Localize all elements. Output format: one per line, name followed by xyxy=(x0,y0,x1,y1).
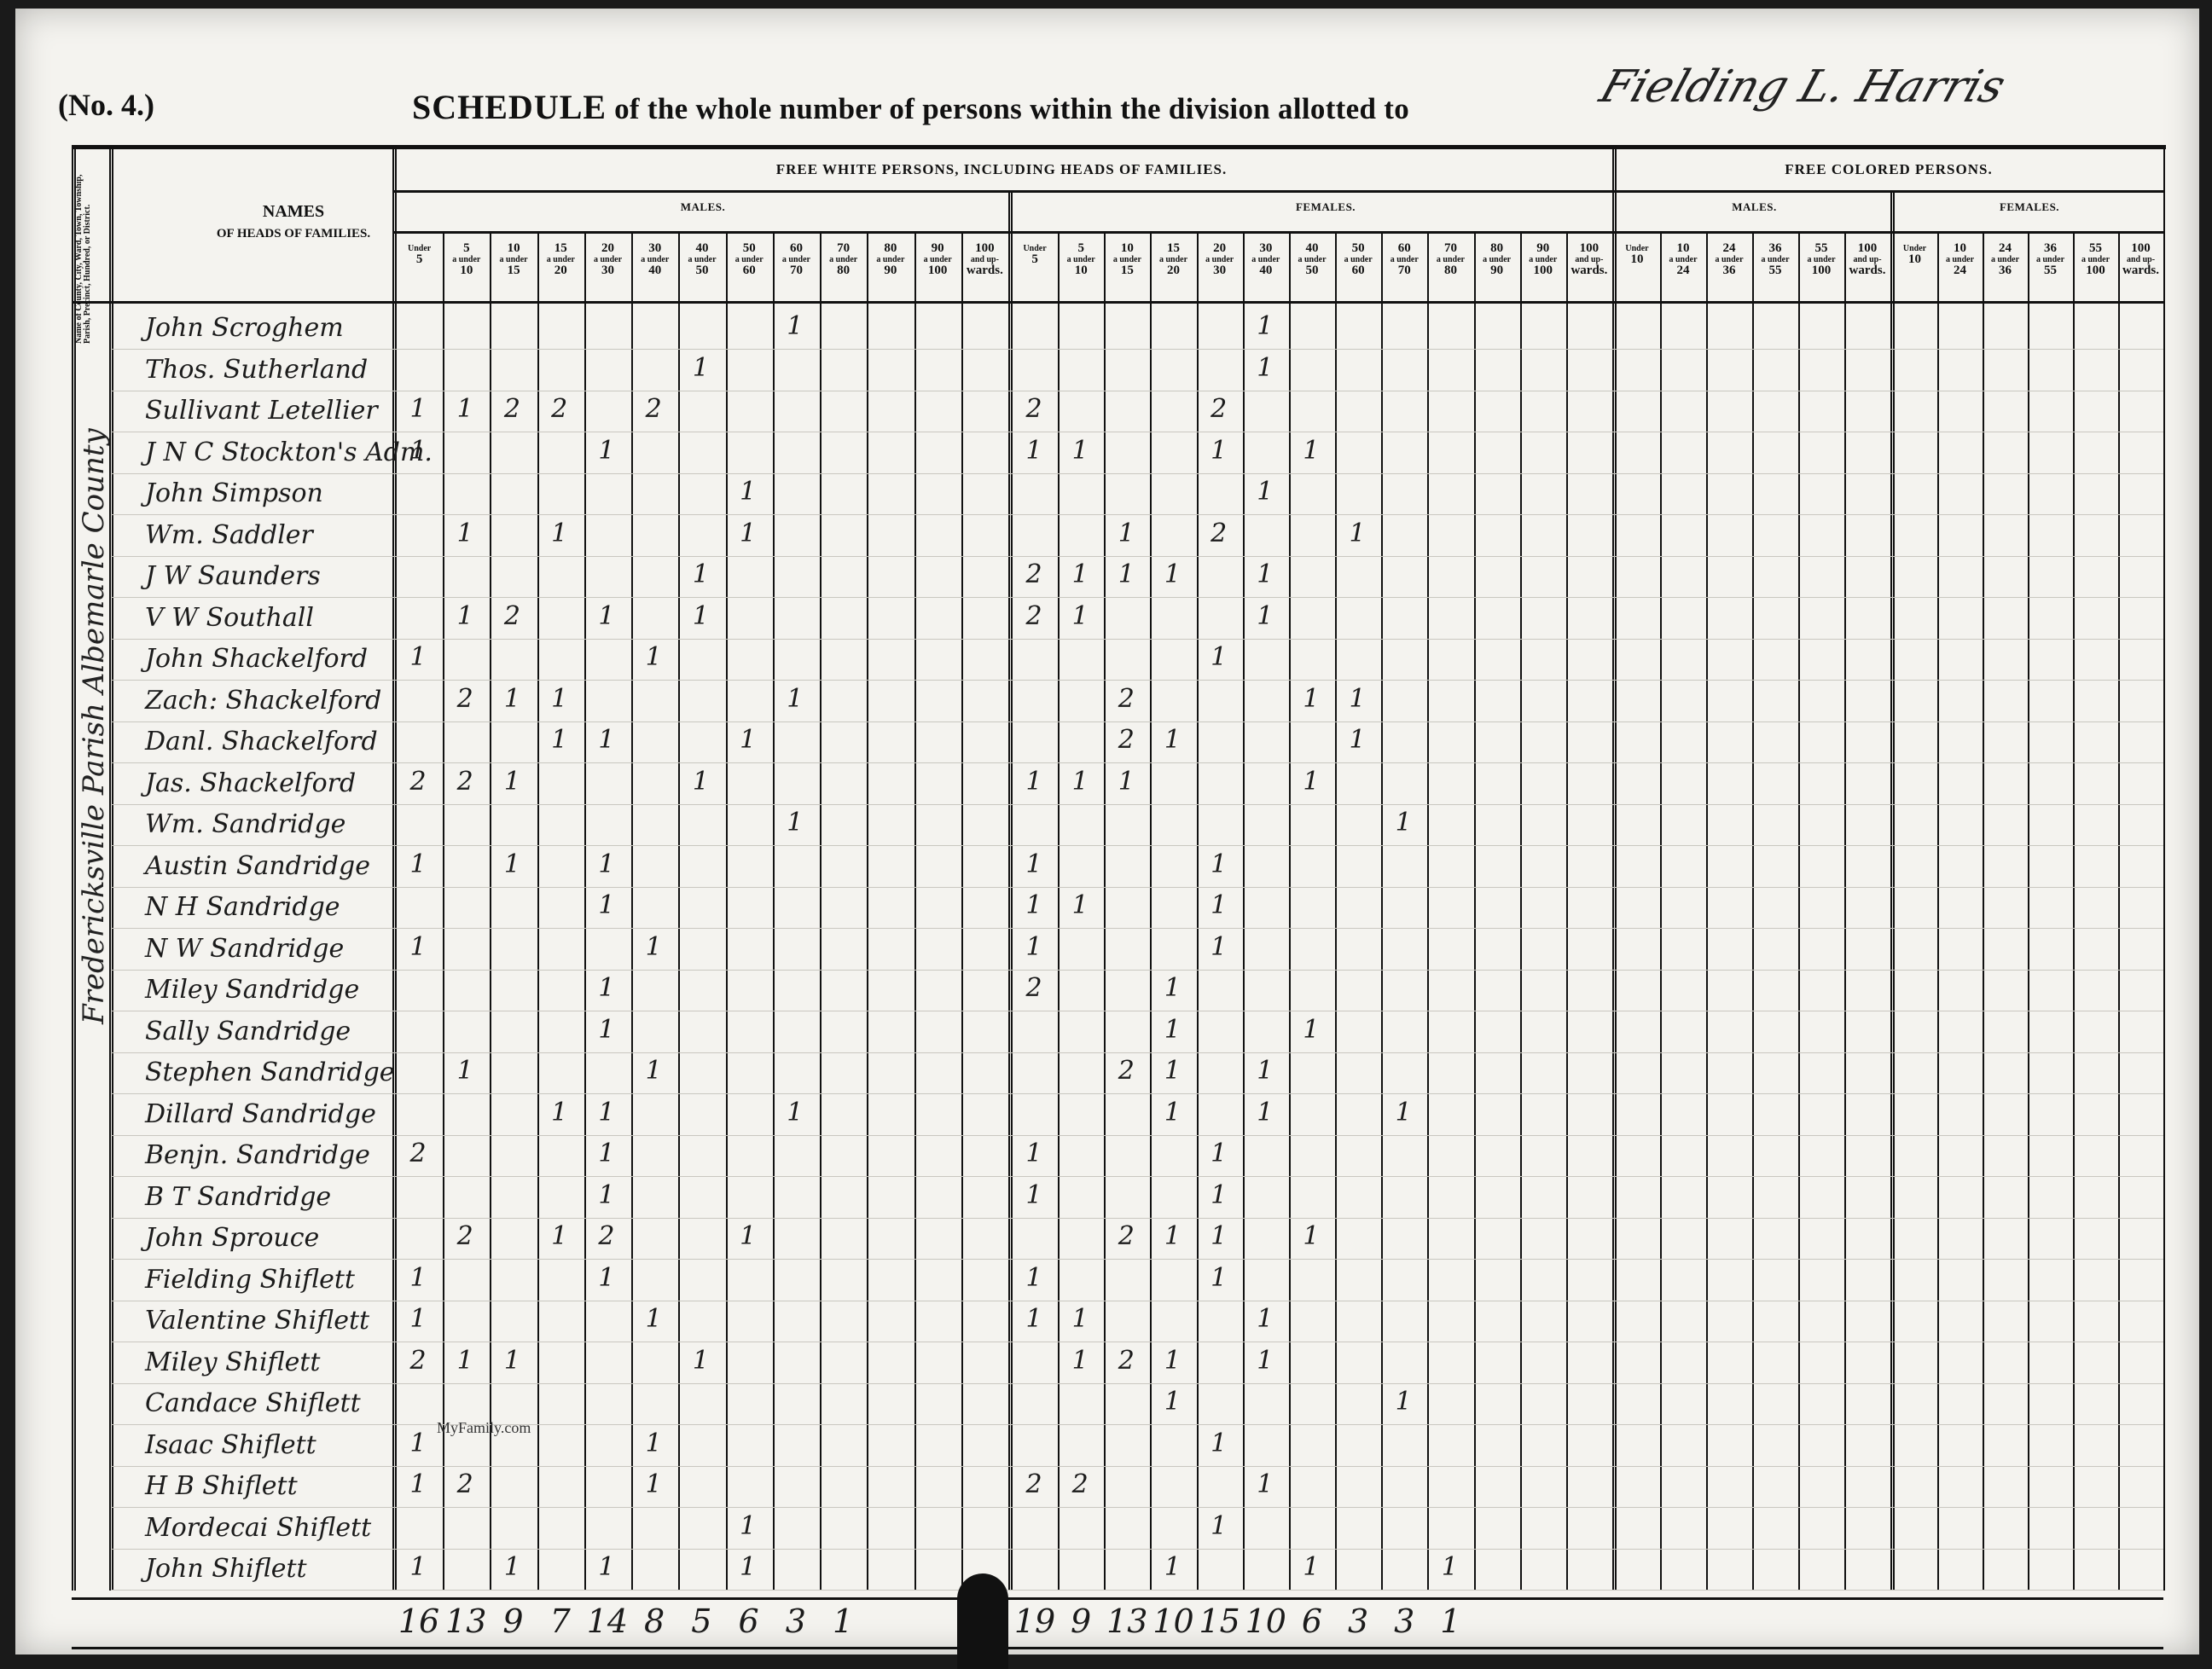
row-rule xyxy=(72,1647,2163,1649)
female-count: 1 xyxy=(1294,1015,1328,1045)
female-count: 1 xyxy=(1155,1221,1189,1251)
male-age-column-12: 100and up-wards. xyxy=(961,243,1008,276)
female-count: 1 xyxy=(1109,767,1143,797)
female-count: 1 xyxy=(1248,1056,1282,1086)
female-count: 1 xyxy=(1294,1221,1328,1251)
female-count: 1 xyxy=(1202,1429,1236,1458)
household-row: John Shiflett1111111 xyxy=(72,1552,2166,1591)
female-count: 1 xyxy=(1248,1346,1282,1376)
female-count: 1 xyxy=(1109,519,1143,548)
male-count: 1 xyxy=(401,642,435,672)
watermark: MyFamily.com xyxy=(437,1419,531,1437)
female-total: 1 xyxy=(1429,1602,1472,1640)
head-of-family-name: Miley Sandridge xyxy=(145,975,452,1005)
head-of-family-name: John Scroghem xyxy=(145,313,452,343)
head-of-family-name: Wm. Sandridge xyxy=(145,809,452,839)
household-row: N W Sandridge1111 xyxy=(72,932,2166,971)
female-age-column-1: 5a under10 xyxy=(1058,243,1104,276)
household-row: B T Sandridge111 xyxy=(72,1180,2166,1220)
female-count: 1 xyxy=(1248,559,1282,589)
household-row: John Scroghem11 xyxy=(72,311,2166,351)
household-row: John Simpson11 xyxy=(72,477,2166,516)
female-count: 1 xyxy=(1063,559,1097,589)
female-count: 2 xyxy=(1017,973,1051,1003)
enumerator-signature: Fielding L. Harris xyxy=(1594,61,2012,113)
male-count: 2 xyxy=(448,1469,482,1499)
colored-females-header: FEMALES. xyxy=(1893,200,2166,214)
male-count: 2 xyxy=(495,601,529,631)
colored-male-age-column-1: 10a under24 xyxy=(1660,243,1706,276)
female-total: 3 xyxy=(1383,1602,1425,1640)
male-count: 1 xyxy=(683,353,717,383)
male-count: 1 xyxy=(543,725,577,755)
male-count: 1 xyxy=(636,1056,671,1086)
male-age-column-11: 90a under100 xyxy=(914,243,961,276)
female-age-column-10: 80a under90 xyxy=(1474,243,1520,276)
male-count: 2 xyxy=(448,1221,482,1251)
male-total: 13 xyxy=(444,1602,487,1640)
female-count: 1 xyxy=(1017,1304,1051,1334)
male-count: 1 xyxy=(543,519,577,548)
colored-female-age-column-5: 100and up-wards. xyxy=(2118,243,2163,276)
male-count: 1 xyxy=(636,932,671,962)
male-count: 1 xyxy=(636,1429,671,1458)
male-count: 1 xyxy=(589,890,624,920)
household-row: Danl. Shackelford111211 xyxy=(72,725,2166,764)
household-row: Sally Sandridge111 xyxy=(72,1015,2166,1054)
male-count: 1 xyxy=(589,725,624,755)
colored-male-age-column-2: 24a under36 xyxy=(1706,243,1752,276)
female-age-column-5: 30a under40 xyxy=(1243,243,1289,276)
head-of-family-name: Danl. Shackelford xyxy=(145,727,452,756)
male-count: 1 xyxy=(401,1429,435,1458)
female-count: 2 xyxy=(1202,519,1236,548)
female-count: 1 xyxy=(1109,559,1143,589)
female-total: 9 xyxy=(1060,1602,1102,1640)
male-count: 1 xyxy=(401,1263,435,1293)
male-count: 1 xyxy=(731,477,765,507)
male-count: 1 xyxy=(589,1098,624,1127)
colored-male-age-column-0: Under10 xyxy=(1614,243,1660,265)
census-table: Name of County, City, Ward, Town, Townsh… xyxy=(72,145,2166,1612)
household-row: J N C Stockton's Adm.111111 xyxy=(72,436,2166,475)
male-count: 2 xyxy=(448,767,482,797)
male-count: 1 xyxy=(731,1221,765,1251)
row-rule xyxy=(392,190,2163,193)
title-rest: of the whole number of persons within th… xyxy=(614,92,1409,125)
male-count: 2 xyxy=(401,1346,435,1376)
female-count: 1 xyxy=(1202,1180,1236,1210)
household-row: Benjn. Sandridge2111 xyxy=(72,1139,2166,1178)
male-total: 1 xyxy=(822,1602,864,1640)
male-total: 3 xyxy=(775,1602,817,1640)
male-age-column-6: 40a under50 xyxy=(678,243,725,276)
female-count: 1 xyxy=(1017,932,1051,962)
white-males-header: MALES. xyxy=(396,200,1010,214)
female-count: 1 xyxy=(1063,767,1097,797)
female-total: 6 xyxy=(1291,1602,1333,1640)
female-count: 1 xyxy=(1155,1346,1189,1376)
household-row: Stephen Sandridge11211 xyxy=(72,1056,2166,1095)
household-row: Fielding Shiflett1111 xyxy=(72,1263,2166,1302)
household-row: John Shackelford111 xyxy=(72,642,2166,681)
female-count: 1 xyxy=(1063,1346,1097,1376)
colored-male-age-column-4: 55a under100 xyxy=(1798,243,1844,276)
female-count: 1 xyxy=(1017,436,1051,466)
head-of-family-name: J W Saunders xyxy=(145,561,452,591)
colored-female-age-column-2: 24a under36 xyxy=(1983,243,2028,276)
female-age-column-7: 50a under60 xyxy=(1335,243,1381,276)
male-count: 1 xyxy=(731,1511,765,1541)
household-row: J W Saunders121111 xyxy=(72,559,2166,599)
male-count: 1 xyxy=(401,1552,435,1582)
male-age-column-3: 15a under20 xyxy=(537,243,584,276)
male-count: 1 xyxy=(589,1180,624,1210)
male-count: 1 xyxy=(778,808,812,837)
colored-males-header: MALES. xyxy=(1616,200,1893,214)
female-total: 10 xyxy=(1245,1602,1287,1640)
male-count: 1 xyxy=(495,684,529,714)
female-count: 2 xyxy=(1109,725,1143,755)
female-age-column-8: 60a under70 xyxy=(1381,243,1427,276)
female-count: 2 xyxy=(1109,1346,1143,1376)
head-of-family-name: N H Sandridge xyxy=(145,892,452,922)
head-of-family-name: John Simpson xyxy=(145,478,452,508)
male-count: 1 xyxy=(448,1346,482,1376)
household-row: Jas. Shackelford22111111 xyxy=(72,767,2166,806)
male-age-column-10: 80a under90 xyxy=(867,243,914,276)
free-white-header: FREE WHITE PERSONS, INCLUDING HEADS OF F… xyxy=(396,161,1607,178)
colored-male-age-column-3: 36a under55 xyxy=(1752,243,1798,276)
household-row: Austin Sandridge11111 xyxy=(72,849,2166,889)
household-row: Wm. Saddler111121 xyxy=(72,519,2166,558)
female-count: 1 xyxy=(1294,1552,1328,1582)
male-age-column-9: 70a under80 xyxy=(820,243,867,276)
census-sheet: (No. 4.) SCHEDULE of the whole number of… xyxy=(15,9,2199,1655)
male-count: 1 xyxy=(448,1056,482,1086)
female-count: 1 xyxy=(1386,808,1420,837)
male-count: 1 xyxy=(543,1221,577,1251)
male-total: 5 xyxy=(680,1602,723,1640)
male-count: 1 xyxy=(401,932,435,962)
row-rule xyxy=(72,301,2163,304)
male-count: 1 xyxy=(495,849,529,879)
household-row: Sullivant Letellier1122222 xyxy=(72,394,2166,433)
female-count: 1 xyxy=(1248,311,1282,341)
female-count: 1 xyxy=(1063,601,1097,631)
head-of-family-name: Stephen Sandridge xyxy=(145,1058,452,1087)
male-total: 6 xyxy=(728,1602,770,1640)
male-count: 1 xyxy=(589,1015,624,1045)
female-count: 1 xyxy=(1155,1387,1189,1417)
female-age-column-3: 15a under20 xyxy=(1150,243,1196,276)
male-count: 2 xyxy=(448,684,482,714)
male-count: 1 xyxy=(448,601,482,631)
female-age-column-2: 10a under15 xyxy=(1104,243,1150,276)
female-count: 1 xyxy=(1340,519,1374,548)
household-row: Candace Shiflett11 xyxy=(72,1387,2166,1426)
female-count: 1 xyxy=(1340,684,1374,714)
female-age-column-6: 40a under50 xyxy=(1289,243,1335,276)
female-age-column-4: 20a under30 xyxy=(1197,243,1243,276)
household-row: Valentine Shiflett11111 xyxy=(72,1304,2166,1343)
male-total: 9 xyxy=(491,1602,534,1640)
male-count: 2 xyxy=(589,1221,624,1251)
male-count: 1 xyxy=(543,1098,577,1127)
male-count: 1 xyxy=(589,1552,624,1582)
row-rule xyxy=(72,1597,2163,1600)
male-count: 1 xyxy=(683,601,717,631)
female-count: 2 xyxy=(1017,601,1051,631)
head-of-family-name: Mordecai Shiflett xyxy=(145,1513,452,1543)
female-count: 1 xyxy=(1155,559,1189,589)
female-count: 1 xyxy=(1248,1304,1282,1334)
female-age-column-11: 90a under100 xyxy=(1520,243,1566,276)
female-count: 1 xyxy=(1155,973,1189,1003)
female-count: 1 xyxy=(1294,684,1328,714)
head-of-family-name: Thos. Sutherland xyxy=(145,355,452,385)
household-row: N H Sandridge1111 xyxy=(72,890,2166,930)
male-count: 2 xyxy=(401,1139,435,1168)
male-count: 1 xyxy=(401,394,435,424)
female-count: 1 xyxy=(1202,642,1236,672)
female-count: 1 xyxy=(1202,932,1236,962)
female-count: 1 xyxy=(1340,725,1374,755)
male-count: 1 xyxy=(683,767,717,797)
female-count: 1 xyxy=(1202,1511,1236,1541)
male-count: 1 xyxy=(448,519,482,548)
head-of-family-name: B T Sandridge xyxy=(145,1182,452,1212)
male-age-column-5: 30a under40 xyxy=(631,243,678,276)
female-count: 1 xyxy=(1017,1180,1051,1210)
male-count: 1 xyxy=(495,1552,529,1582)
household-row: Miley Sandridge121 xyxy=(72,973,2166,1012)
male-count: 1 xyxy=(589,1139,624,1168)
colored-female-age-column-1: 10a under24 xyxy=(1937,243,1983,276)
male-count: 1 xyxy=(778,1098,812,1127)
female-count: 1 xyxy=(1248,1469,1282,1499)
female-count: 2 xyxy=(1109,1221,1143,1251)
female-count: 1 xyxy=(1432,1552,1466,1582)
form-number: (No. 4.) xyxy=(58,87,154,123)
household-row: Miley Shiflett21111211 xyxy=(72,1346,2166,1385)
free-colored-header: FREE COLORED PERSONS. xyxy=(1616,161,2162,178)
household-row: Mordecai Shiflett11 xyxy=(72,1511,2166,1550)
schedule-title: SCHEDULE of the whole number of persons … xyxy=(412,87,1409,127)
male-age-column-7: 50a under60 xyxy=(726,243,773,276)
household-row: John Sprouce21212111 xyxy=(72,1221,2166,1260)
female-count: 2 xyxy=(1063,1469,1097,1499)
female-count: 1 xyxy=(1063,436,1097,466)
female-age-column-12: 100and up-wards. xyxy=(1566,243,1612,276)
female-count: 1 xyxy=(1202,436,1236,466)
female-count: 1 xyxy=(1202,1221,1236,1251)
female-count: 1 xyxy=(1202,890,1236,920)
male-total: 8 xyxy=(633,1602,676,1640)
female-count: 1 xyxy=(1155,1056,1189,1086)
head-of-family-name: John Sprouce xyxy=(145,1223,452,1253)
female-count: 1 xyxy=(1248,477,1282,507)
county-entry: Fredericksville Parish Albemarle County xyxy=(77,360,128,1093)
female-total: 19 xyxy=(1013,1602,1056,1640)
household-row: Thos. Sutherland11 xyxy=(72,353,2166,392)
colored-female-age-column-4: 55a under100 xyxy=(2073,243,2118,276)
male-count: 1 xyxy=(448,394,482,424)
female-count: 1 xyxy=(1063,1304,1097,1334)
female-count: 1 xyxy=(1386,1098,1420,1127)
male-count: 1 xyxy=(543,684,577,714)
binder-clip xyxy=(957,1573,1008,1669)
female-count: 1 xyxy=(1155,725,1189,755)
male-count: 1 xyxy=(731,519,765,548)
male-count: 1 xyxy=(778,311,812,341)
colored-male-age-column-5: 100and up-wards. xyxy=(1844,243,1890,276)
male-count: 1 xyxy=(401,436,435,466)
female-count: 1 xyxy=(1017,890,1051,920)
female-count: 1 xyxy=(1017,1139,1051,1168)
female-count: 1 xyxy=(1386,1387,1420,1417)
female-count: 1 xyxy=(1017,849,1051,879)
female-count: 2 xyxy=(1202,394,1236,424)
female-total: 15 xyxy=(1199,1602,1241,1640)
male-count: 1 xyxy=(589,849,624,879)
male-count: 2 xyxy=(636,394,671,424)
male-count: 1 xyxy=(731,1552,765,1582)
female-age-column-0: Under5 xyxy=(1012,243,1058,265)
female-total: 13 xyxy=(1106,1602,1148,1640)
female-count: 1 xyxy=(1294,436,1328,466)
male-count: 1 xyxy=(778,684,812,714)
colored-female-age-column-0: Under10 xyxy=(1892,243,1937,265)
female-total: 3 xyxy=(1337,1602,1379,1640)
head-of-family-name: Dillard Sandridge xyxy=(145,1099,452,1129)
row-rule xyxy=(392,231,2163,234)
male-total: 7 xyxy=(539,1602,582,1640)
female-count: 1 xyxy=(1063,890,1097,920)
male-count: 1 xyxy=(401,1469,435,1499)
male-age-column-4: 20a under30 xyxy=(584,243,631,276)
male-count: 1 xyxy=(683,559,717,589)
female-count: 2 xyxy=(1109,1056,1143,1086)
male-age-column-1: 5a under10 xyxy=(443,243,490,276)
male-count: 1 xyxy=(589,601,624,631)
male-count: 2 xyxy=(543,394,577,424)
male-count: 1 xyxy=(401,1304,435,1334)
colored-female-age-column-3: 36a under55 xyxy=(2028,243,2073,276)
male-count: 1 xyxy=(683,1346,717,1376)
male-age-column-0: Under5 xyxy=(396,243,443,265)
female-count: 2 xyxy=(1017,559,1051,589)
female-count: 2 xyxy=(1109,684,1143,714)
male-count: 1 xyxy=(589,436,624,466)
male-count: 1 xyxy=(589,1263,624,1293)
household-row: V W Southall1211211 xyxy=(72,601,2166,640)
male-count: 1 xyxy=(636,1304,671,1334)
male-age-column-2: 10a under15 xyxy=(490,243,537,276)
female-total: 10 xyxy=(1152,1602,1194,1640)
household-row: Zach: Shackelford2111211 xyxy=(72,684,2166,723)
household-row: H B Shiflett121221 xyxy=(72,1469,2166,1509)
female-count: 1 xyxy=(1294,767,1328,797)
male-count: 1 xyxy=(589,973,624,1003)
title-lead: SCHEDULE xyxy=(412,88,607,126)
male-count: 2 xyxy=(401,767,435,797)
male-total: 14 xyxy=(586,1602,629,1640)
head-of-family-name: Sally Sandridge xyxy=(145,1017,452,1046)
female-count: 1 xyxy=(1155,1015,1189,1045)
male-age-column-8: 60a under70 xyxy=(773,243,820,276)
female-count: 1 xyxy=(1248,1098,1282,1127)
household-row: Isaac Shiflett111 xyxy=(72,1429,2166,1468)
head-of-family-name: Candace Shiflett xyxy=(145,1388,452,1418)
head-of-family-name: Wm. Saddler xyxy=(145,520,452,550)
male-count: 1 xyxy=(636,1469,671,1499)
female-count: 1 xyxy=(1155,1552,1189,1582)
female-count: 1 xyxy=(1017,1263,1051,1293)
female-count: 2 xyxy=(1017,1469,1051,1499)
male-count: 1 xyxy=(495,1346,529,1376)
female-count: 2 xyxy=(1017,394,1051,424)
female-count: 1 xyxy=(1202,1263,1236,1293)
female-count: 1 xyxy=(1017,767,1051,797)
white-females-header: FEMALES. xyxy=(1010,200,1641,214)
female-age-column-9: 70a under80 xyxy=(1427,243,1473,276)
male-total: 16 xyxy=(398,1602,440,1640)
household-row: Wm. Sandridge11 xyxy=(72,808,2166,847)
male-count: 1 xyxy=(636,642,671,672)
female-count: 1 xyxy=(1202,1139,1236,1168)
head-of-family-name: V W Southall xyxy=(145,603,452,633)
female-count: 1 xyxy=(1202,849,1236,879)
female-count: 1 xyxy=(1248,353,1282,383)
male-count: 2 xyxy=(495,394,529,424)
male-count: 1 xyxy=(401,849,435,879)
male-count: 1 xyxy=(731,725,765,755)
head-of-family-name: Zach: Shackelford xyxy=(145,686,452,716)
male-count: 1 xyxy=(495,767,529,797)
female-count: 1 xyxy=(1155,1098,1189,1127)
female-count: 1 xyxy=(1248,601,1282,631)
household-row: Dillard Sandridge111111 xyxy=(72,1098,2166,1137)
